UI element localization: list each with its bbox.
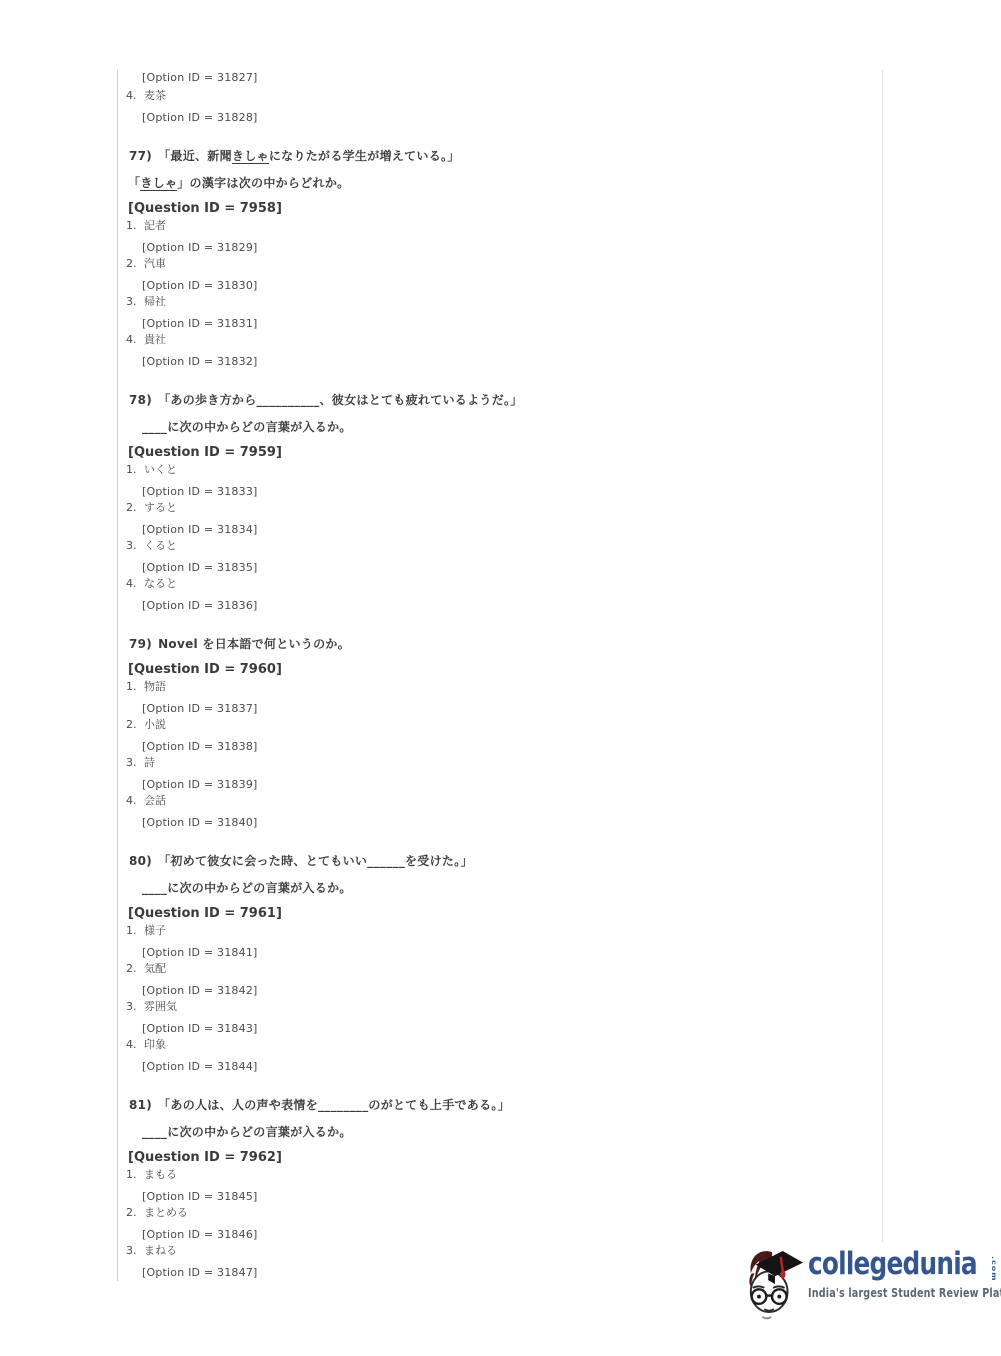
partial-question-block: [Option ID = 31827] 4.麦茶 [Option ID = 31… <box>118 70 882 126</box>
option-number: 4. <box>126 1037 144 1053</box>
option-label: まねる <box>144 1244 177 1257</box>
option-text: 2.すると <box>118 500 882 516</box>
option-id: [Option ID = 31842] <box>118 983 882 999</box>
option-id: [Option ID = 31828] <box>118 110 882 126</box>
option-label: いくと <box>144 463 177 476</box>
question-text-segment: 「あの人は、人の声や表情を________のがとても上手である。」 <box>158 1098 510 1112</box>
option-text: 4.貴社 <box>118 332 882 348</box>
collegedunia-logo[interactable]: collegedunia .com India's largest Studen… <box>741 1242 1001 1324</box>
option-text: 2.気配 <box>118 961 882 977</box>
question-block: 79)Novel を日本語で何というのか。[Question ID = 7960… <box>118 635 882 831</box>
question-text-segment: ____に次の中からどの言葉が入るか。 <box>142 881 352 895</box>
option-text: 3.詩 <box>118 755 882 771</box>
question-subtext: ____に次の中からどの言葉が入るか。 <box>118 1123 882 1141</box>
option-label: 記者 <box>144 219 166 232</box>
option-text: 4.なると <box>118 576 882 592</box>
option-id: [Option ID = 31844] <box>118 1059 882 1075</box>
option-label: 物語 <box>144 680 166 693</box>
option-number: 1. <box>126 218 144 234</box>
option-id: [Option ID = 31843] <box>118 1021 882 1037</box>
question-text-segment: ____に次の中からどの言葉が入るか。 <box>142 420 352 434</box>
option-id: [Option ID = 31829] <box>118 240 882 256</box>
question-number: 81) <box>129 1098 152 1112</box>
option-text: 1.いくと <box>118 462 882 478</box>
brand-tld: .com <box>978 1256 1001 1282</box>
option-text: 4.会話 <box>118 793 882 809</box>
option-label: なると <box>144 577 177 590</box>
question-text: 78)「あの歩き方から__________、彼女はとても疲れているようだ。」 <box>118 391 882 409</box>
option-id: [Option ID = 31833] <box>118 484 882 500</box>
option-id: [Option ID = 31839] <box>118 777 882 793</box>
option-label: 小説 <box>144 718 166 731</box>
question-number: 78) <box>129 393 152 407</box>
brand-tagline: India's largest Student Review Platform <box>808 1286 1001 1300</box>
question-text-segment: ____に次の中からどの言葉が入るか。 <box>142 1125 352 1139</box>
option-id: [Option ID = 31836] <box>118 598 882 614</box>
option-number: 3. <box>126 1243 144 1259</box>
question-id: [Question ID = 7961] <box>118 905 882 923</box>
option-number: 3. <box>126 294 144 310</box>
question-subtext: 「きしゃ」の漢字は次の中からどれか。 <box>118 174 882 192</box>
option-text: 1.まもる <box>118 1167 882 1183</box>
option-number: 2. <box>126 256 144 272</box>
option-label: 貴社 <box>144 333 166 346</box>
option-text: 3.くると <box>118 538 882 554</box>
option-text: 3.帰社 <box>118 294 882 310</box>
option-id: [Option ID = 31840] <box>118 815 882 831</box>
option-number: 1. <box>126 1167 144 1183</box>
question-text-segment: 「最近、新聞 <box>158 149 232 163</box>
question-text: 81)「あの人は、人の声や表情を________のがとても上手である。」 <box>118 1096 882 1114</box>
question-block: 77)「最近、新聞きしゃになりたがる学生が増えている。」「きしゃ」の漢字は次の中… <box>118 147 882 370</box>
option-id: [Option ID = 31845] <box>118 1189 882 1205</box>
question-id: [Question ID = 7960] <box>118 661 882 679</box>
option-label: 雰囲気 <box>144 1000 177 1013</box>
option-label: すると <box>144 501 177 514</box>
question-subtext: ____に次の中からどの言葉が入るか。 <box>118 879 882 897</box>
option-number: 2. <box>126 1205 144 1221</box>
option-label: 気配 <box>144 962 166 975</box>
option-number: 1. <box>126 679 144 695</box>
exam-content-area: [Option ID = 31827] 4.麦茶 [Option ID = 31… <box>117 70 883 1281</box>
option-label: まとめる <box>144 1206 188 1219</box>
option-number: 3. <box>126 755 144 771</box>
option-label: 詩 <box>144 756 155 769</box>
question-text: 79)Novel を日本語で何というのか。 <box>118 635 882 653</box>
option-id: [Option ID = 31832] <box>118 354 882 370</box>
option-text: 3.雰囲気 <box>118 999 882 1015</box>
question-number: 77) <box>129 149 152 163</box>
question-number: 80) <box>129 854 152 868</box>
option-label: 麦茶 <box>144 89 166 102</box>
question-block: 80)「初めて彼女に会った時、とてもいい______を受けた。」____に次の中… <box>118 852 882 1075</box>
option-number: 1. <box>126 462 144 478</box>
option-label: 帰社 <box>144 295 166 308</box>
option-id: [Option ID = 31841] <box>118 945 882 961</box>
option-text: 4.麦茶 <box>118 88 882 104</box>
brand-name: collegedunia <box>808 1244 977 1284</box>
question-id: [Question ID = 7962] <box>118 1149 882 1167</box>
collegedunia-mascot-icon <box>743 1244 805 1322</box>
option-id: [Option ID = 31837] <box>118 701 882 717</box>
option-text: 1.様子 <box>118 923 882 939</box>
option-text: 2.汽車 <box>118 256 882 272</box>
option-number: 4. <box>126 576 144 592</box>
option-label: まもる <box>144 1168 177 1181</box>
question-text-segment: Novel を日本語で何というのか。 <box>158 637 350 651</box>
question-text: 77)「最近、新聞きしゃになりたがる学生が増えている。」 <box>118 147 882 165</box>
question-text: 80)「初めて彼女に会った時、とてもいい______を受けた。」 <box>118 852 882 870</box>
option-id: [Option ID = 31834] <box>118 522 882 538</box>
option-text: 4.印象 <box>118 1037 882 1053</box>
question-text-segment: 「あの歩き方から__________、彼女はとても疲れているようだ。」 <box>158 393 523 407</box>
question-number: 79) <box>129 637 152 651</box>
questions-container: 77)「最近、新聞きしゃになりたがる学生が増えている。」「きしゃ」の漢字は次の中… <box>118 147 882 1281</box>
question-text-segment: 」の漢字は次の中からどれか。 <box>177 176 349 190</box>
option-label: 汽車 <box>144 257 166 270</box>
question-text-segment: になりたがる学生が増えている。」 <box>269 149 460 163</box>
question-id: [Question ID = 7959] <box>118 444 882 462</box>
option-number: 4. <box>126 332 144 348</box>
option-number: 1. <box>126 923 144 939</box>
question-block: 78)「あの歩き方から__________、彼女はとても疲れているようだ。」__… <box>118 391 882 614</box>
option-id: [Option ID = 31838] <box>118 739 882 755</box>
option-label: 会話 <box>144 794 166 807</box>
question-subtext: ____に次の中からどの言葉が入るか。 <box>118 418 882 436</box>
option-id: [Option ID = 31831] <box>118 316 882 332</box>
option-label: 様子 <box>144 924 166 937</box>
option-id: [Option ID = 31830] <box>118 278 882 294</box>
question-id: [Question ID = 7958] <box>118 200 882 218</box>
underlined-term: きしゃ <box>232 149 269 164</box>
option-number: 4. <box>126 88 144 104</box>
option-number: 3. <box>126 538 144 554</box>
option-number: 2. <box>126 961 144 977</box>
question-text-segment: 「 <box>128 176 140 190</box>
underlined-term: きしゃ <box>140 176 177 191</box>
option-label: 印象 <box>144 1038 166 1051</box>
option-label: くると <box>144 539 177 552</box>
option-number: 2. <box>126 500 144 516</box>
option-text: 2.小説 <box>118 717 882 733</box>
option-text: 1.記者 <box>118 218 882 234</box>
question-text-segment: 「初めて彼女に会った時、とてもいい______を受けた。」 <box>158 854 473 868</box>
option-number: 2. <box>126 717 144 733</box>
option-text: 2.まとめる <box>118 1205 882 1221</box>
option-id: [Option ID = 31846] <box>118 1227 882 1243</box>
option-number: 4. <box>126 793 144 809</box>
option-id: [Option ID = 31827] <box>118 70 882 86</box>
option-text: 1.物語 <box>118 679 882 695</box>
option-number: 3. <box>126 999 144 1015</box>
option-id: [Option ID = 31835] <box>118 560 882 576</box>
